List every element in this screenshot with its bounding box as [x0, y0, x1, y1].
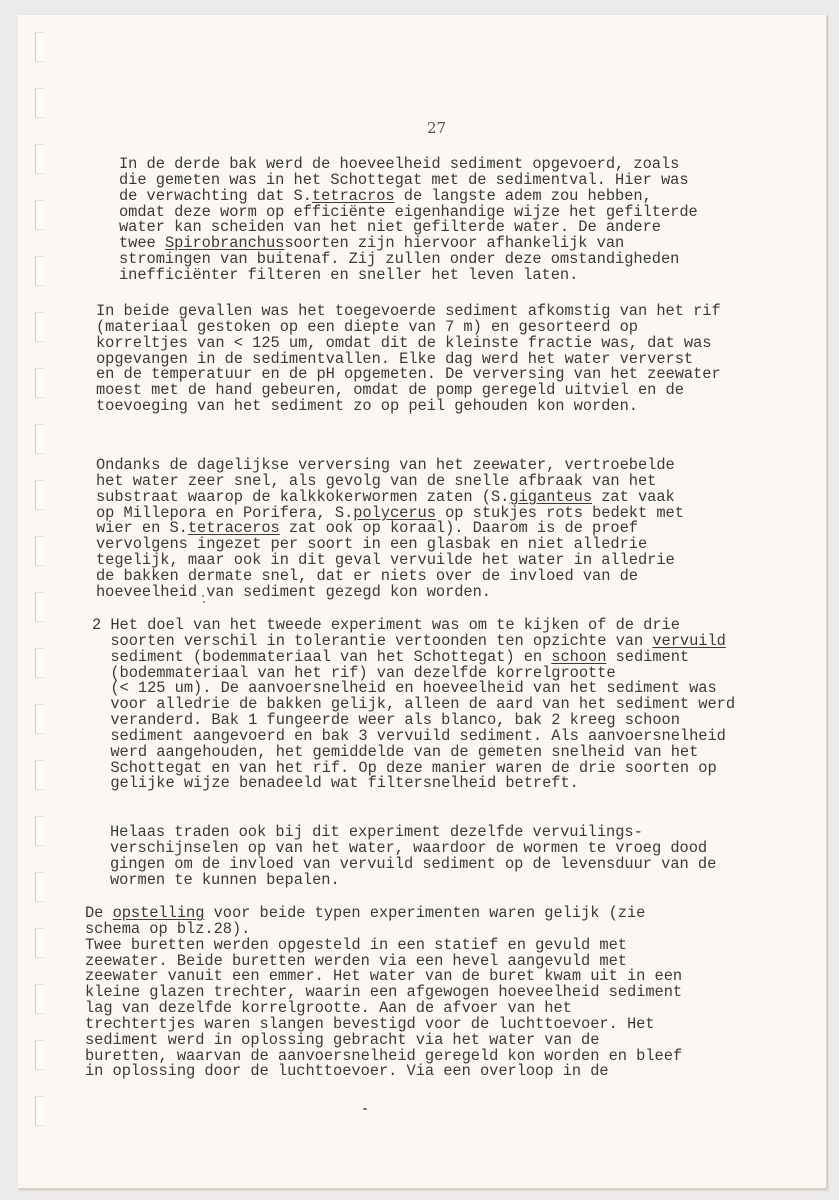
text-line: wormen te kunnen bepalen. [110, 873, 716, 889]
document-page: 27 In de derde bak werd de hoeveelheid s… [18, 15, 827, 1189]
stray-mark [203, 601, 205, 603]
binding-hole [35, 312, 44, 342]
binding-hole [35, 424, 44, 454]
text-line: inefficiënter filteren en sneller het le… [119, 268, 698, 284]
binding-hole [35, 144, 44, 174]
text-segment: hoeveelheid van sediment gezegd kon word… [96, 583, 491, 601]
text-segment: toevoeging van het sediment zo op peil g… [96, 397, 638, 415]
text-line: gelijke wijze benadeeld wat filtersnelhe… [92, 776, 735, 792]
stray-mark [202, 595, 204, 597]
binding-hole [35, 256, 44, 286]
paragraph-sediment-origin: In beide gevallen was het toegevoerde se… [96, 304, 721, 415]
binding-hole [35, 760, 44, 790]
text-segment: in oplossing door de luchttoevoer. Via e… [85, 1062, 609, 1080]
paragraph-fouling-again: Helaas traden ook bij dit experiment dez… [110, 825, 716, 888]
paragraph-second-experiment: 2 Het doel van het tweede experiment was… [92, 618, 735, 792]
text-line: in oplossing door de luchttoevoer. Via e… [85, 1064, 682, 1080]
binding-hole [35, 928, 44, 958]
page-number: 27 [427, 119, 446, 137]
binding-hole [35, 984, 44, 1014]
binding-hole [35, 32, 44, 62]
text-segment: wormen te kunnen bepalen. [110, 871, 340, 889]
binding-hole [35, 536, 44, 566]
binding-hole [35, 200, 44, 230]
text-segment: gelijke wijze benadeeld wat filtersnelhe… [92, 774, 579, 792]
binding-hole [35, 704, 44, 734]
text-segment: sediment [606, 648, 689, 666]
binding-hole [35, 592, 44, 622]
paragraph-water-turbidity: Ondanks de dagelijkse verversing van het… [96, 458, 684, 601]
paragraph-third-tank: In de derde bak werd de hoeveelheid sedi… [119, 157, 698, 284]
binding-hole [35, 872, 44, 902]
text-segment: voor beide typen experimenten waren geli… [204, 904, 645, 922]
binding-hole [35, 480, 44, 510]
binding-hole [35, 816, 44, 846]
binding-hole [35, 648, 44, 678]
stray-mark [363, 1108, 367, 1110]
binding-hole [35, 368, 44, 398]
binding-hole [35, 1040, 44, 1070]
binding-hole [35, 88, 44, 118]
text-line: toevoeging van het sediment zo op peil g… [96, 399, 721, 415]
binding-hole [35, 1096, 44, 1126]
text-segment: inefficiënter filteren en sneller het le… [119, 266, 578, 284]
paragraph-setup: De opstelling voor beide typen experimen… [85, 906, 682, 1080]
text-line: hoeveelheid van sediment gezegd kon word… [96, 585, 684, 601]
